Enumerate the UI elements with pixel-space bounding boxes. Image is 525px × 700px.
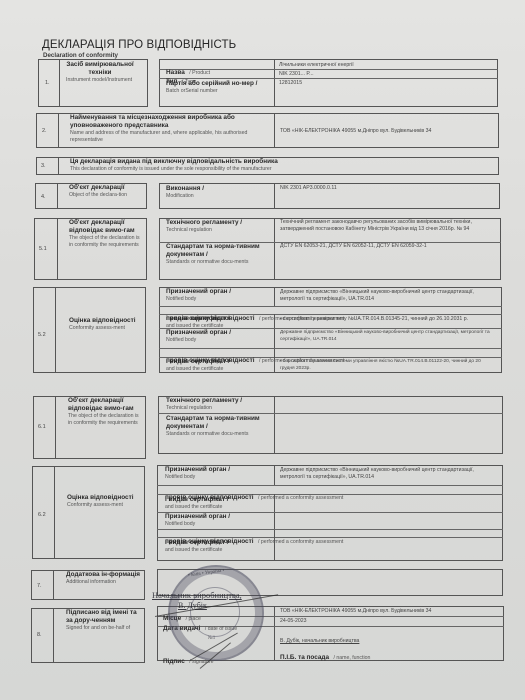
declaration-page: ДЕКЛАРАЦІЯ ПРО ВІДПОВІДНІСТЬ Declaration…	[0, 0, 525, 700]
field-notified-body: Призначений орган / Notified body	[166, 329, 231, 344]
field-modification: Виконання / Modification	[166, 185, 204, 200]
section-number: 5.2	[38, 332, 46, 338]
divider	[274, 606, 275, 661]
certificate-value: - сертифікат перевірки типу №UA.TR.014.B…	[280, 316, 495, 323]
section-label: Об'єкт декларації Object of the declara-…	[69, 184, 145, 199]
label-uk: Підпис	[163, 658, 185, 665]
section-number: 7.	[37, 583, 42, 589]
section-6-2-left-box	[32, 466, 145, 559]
label-uk: Об'єкт декларації відповідає вимо-гам	[68, 397, 142, 413]
label-en: Notified body	[165, 474, 230, 481]
label-uk: Призначений орган /	[166, 288, 231, 296]
date-value: 24-05-2023	[280, 618, 307, 625]
field-notified-body: Призначений орган / Notified body	[165, 513, 230, 528]
modification-value: NIK 2301 AP3.0000.0.11	[280, 185, 337, 192]
section-number: 2.	[42, 128, 47, 134]
label-uk: Виконання /	[166, 185, 204, 193]
section-label: Ця декларація видана під виключну відпов…	[70, 158, 278, 173]
divider	[274, 396, 275, 454]
section-label: Додаткова ін-формація Additional informa…	[66, 571, 142, 586]
label-en: Notified body	[166, 296, 231, 303]
divider	[58, 113, 59, 148]
label-uk: Додаткова ін-формація	[66, 571, 142, 579]
section-label: Об'єкт декларації відповідає вимо-гам Th…	[69, 219, 143, 249]
divider	[274, 183, 275, 209]
field-certificate: і видав сертифікат / and issued the cert…	[165, 539, 229, 554]
label-uk: Оцінка відповідності	[67, 494, 137, 502]
label-en: The object of the declaration is in conf…	[68, 413, 142, 427]
section-number: 3.	[41, 163, 46, 169]
label-uk: Призначений орган /	[165, 466, 230, 474]
section-number: 6.2	[38, 512, 46, 518]
field-name-function: П.І.Б. та посада / name, function	[280, 646, 370, 664]
document-title: ДЕКЛАРАЦІЯ ПРО ВІДПОВІДНІСТЬ	[42, 39, 236, 51]
divider	[274, 465, 275, 485]
label-uk: Стандартам та норма-тивним документам /	[166, 243, 272, 259]
label-uk: Призначений орган /	[166, 329, 231, 337]
label-en: Standards or normative docu-ments	[166, 431, 272, 438]
divider	[274, 287, 275, 306]
label-en: / performed a conformity assessment	[258, 495, 343, 501]
section-label: Оцінка відповідності Conformity assess-m…	[69, 317, 139, 332]
divider	[274, 59, 275, 107]
notified-body-value: Державне підприємство «Вінницький науков…	[280, 467, 498, 480]
value-product: Лічильники електричної енергії	[279, 62, 354, 69]
label-uk: Об'єкт декларації	[69, 184, 145, 192]
section-label: Засіб вимірювальної техніки Instrument m…	[66, 61, 144, 84]
divider	[54, 466, 55, 559]
divider	[59, 59, 60, 107]
document-subtitle: Declaration of conformity	[43, 52, 118, 59]
handwritten-title: Начальник виробництва,	[152, 590, 242, 600]
label-en: / name, function	[333, 655, 370, 661]
field-notified-body: Призначений орган / Notified body	[165, 466, 230, 481]
section-number: 6.1	[38, 424, 46, 430]
divider	[274, 113, 275, 148]
certificate-value: - сертифікат схвалення системи управлінн…	[280, 359, 495, 372]
label-en: Signed for and on be-half of	[66, 625, 142, 632]
label-uk: і видав сертифікат /	[166, 315, 230, 323]
section-label: Об'єкт декларації відповідає вимо-гам Th…	[68, 397, 142, 427]
field-standards: Стандартам та норма-тивним документам / …	[166, 243, 272, 266]
section-number: 8.	[37, 632, 42, 638]
value-type: NIK 2301... P...	[279, 71, 314, 78]
field-notified-body: Призначений орган / Notified body	[166, 288, 231, 303]
section-number: 5.1	[39, 246, 47, 252]
label-uk: Призначений орган /	[165, 513, 230, 521]
label-uk: і видав сертифікат /	[165, 496, 229, 504]
section-label: Підписано від імені та за дору-ченням Si…	[66, 609, 142, 632]
label-en: and issued the certificate	[166, 366, 230, 373]
section-number: 1.	[45, 80, 50, 86]
label-en: Notified body	[165, 521, 230, 528]
label-en: Standards or normative docu-ments	[166, 259, 272, 266]
label-uk: П.І.Б. та посада	[280, 654, 329, 661]
notified-body-value: Державне підприємство «Вінницький науков…	[280, 330, 495, 343]
label-uk: Засіб вимірювальної техніки	[66, 61, 134, 77]
value-serial: 12812015	[279, 80, 302, 87]
field-certificate: і видав сертифікат / and issued the cert…	[166, 315, 230, 330]
label-en: Notified body	[166, 337, 231, 344]
divider	[158, 413, 503, 414]
label-en: Conformity assess-ment	[69, 325, 139, 332]
label-uk: і видав сертифікат /	[165, 539, 229, 547]
divider	[55, 396, 56, 459]
signatory-name-value: В. Дубік, начальник виробництва	[280, 638, 359, 645]
label-en: This declaration of conformity is issued…	[70, 166, 278, 173]
field-certificate: і видав сертифікат / and issued the cert…	[166, 358, 230, 373]
label-en: Additional information	[66, 579, 142, 586]
label-en: Modification	[166, 193, 204, 200]
divider	[53, 570, 54, 600]
field-technical-regulation: Технічного регламенту / Technical regula…	[166, 219, 242, 234]
section-label: Найменування та місцезнаходження виробни…	[70, 114, 272, 144]
label-uk: Об'єкт декларації відповідає вимо-гам	[69, 219, 143, 235]
label-uk: Підписано від імені та за дору-ченням	[66, 609, 142, 625]
label-uk: Технічного регламенту /	[166, 219, 242, 227]
place-value: ТОВ «НІК-ЕЛЕКТРОНІКА 49055 м.Дніпро вул.…	[280, 608, 431, 615]
label-en: Technical regulation	[166, 227, 242, 234]
field-serial: Партія або серійний но-мер / Batch orSer…	[166, 80, 271, 95]
label-en: and issued the certificate	[165, 547, 229, 554]
divider	[57, 183, 58, 209]
label-uk: Технічного регламенту /	[166, 397, 242, 405]
label-uk: і видав сертифікат /	[166, 358, 230, 366]
divider	[274, 218, 275, 280]
field-certificate: і видав сертифікат / and issued the cert…	[165, 496, 229, 511]
label-en: Technical regulation	[166, 405, 242, 412]
divider	[58, 157, 59, 175]
notified-body-value: Державне підприємство «Вінницький науков…	[280, 289, 495, 302]
label-uk: Оцінка відповідності	[69, 317, 139, 325]
stamp-center-text: №1	[208, 636, 215, 641]
label-en: and issued the certificate	[165, 504, 229, 511]
standards-value: ДСТУ EN 62053-21, ДСТУ EN 62052-11, ДСТУ…	[280, 243, 427, 250]
label-en: Instrument model/Instrument	[66, 77, 144, 84]
label-en: Name and address of the manufacturer and…	[70, 130, 272, 144]
label-en: Object of the declara-tion	[69, 192, 145, 199]
divider	[57, 218, 58, 280]
section-label: Оцінка відповідності Conformity assess-m…	[67, 494, 137, 509]
label-en: Batch orSerial number	[166, 88, 271, 95]
label-uk: Стандартам та норма-тивним документам /	[166, 415, 272, 431]
label-en: Conformity assess-ment	[67, 502, 137, 509]
label-en: / performed a conformity assessment	[258, 539, 343, 545]
label-uk: Найменування та місцезнаходження виробни…	[70, 114, 272, 130]
divider	[55, 287, 56, 373]
field-standards: Стандартам та норма-тивним документам / …	[166, 415, 272, 438]
field-technical-regulation: Технічного регламенту / Technical regula…	[166, 397, 242, 412]
label-uk: Партія або серійний но-мер /	[166, 80, 271, 88]
divider	[53, 608, 54, 663]
label-en: The object of the declaration is in conf…	[69, 235, 143, 249]
section-number: 4.	[41, 194, 46, 200]
manufacturer-value: ТОВ «НІК-ЕЛЕКТРОНІКА 49055 м.Дніпро вул.…	[280, 128, 431, 135]
label-uk: Ця декларація видана під виключну відпов…	[70, 158, 278, 166]
technical-regulation-value: Технічний регламент законодавчо регульов…	[280, 219, 495, 232]
